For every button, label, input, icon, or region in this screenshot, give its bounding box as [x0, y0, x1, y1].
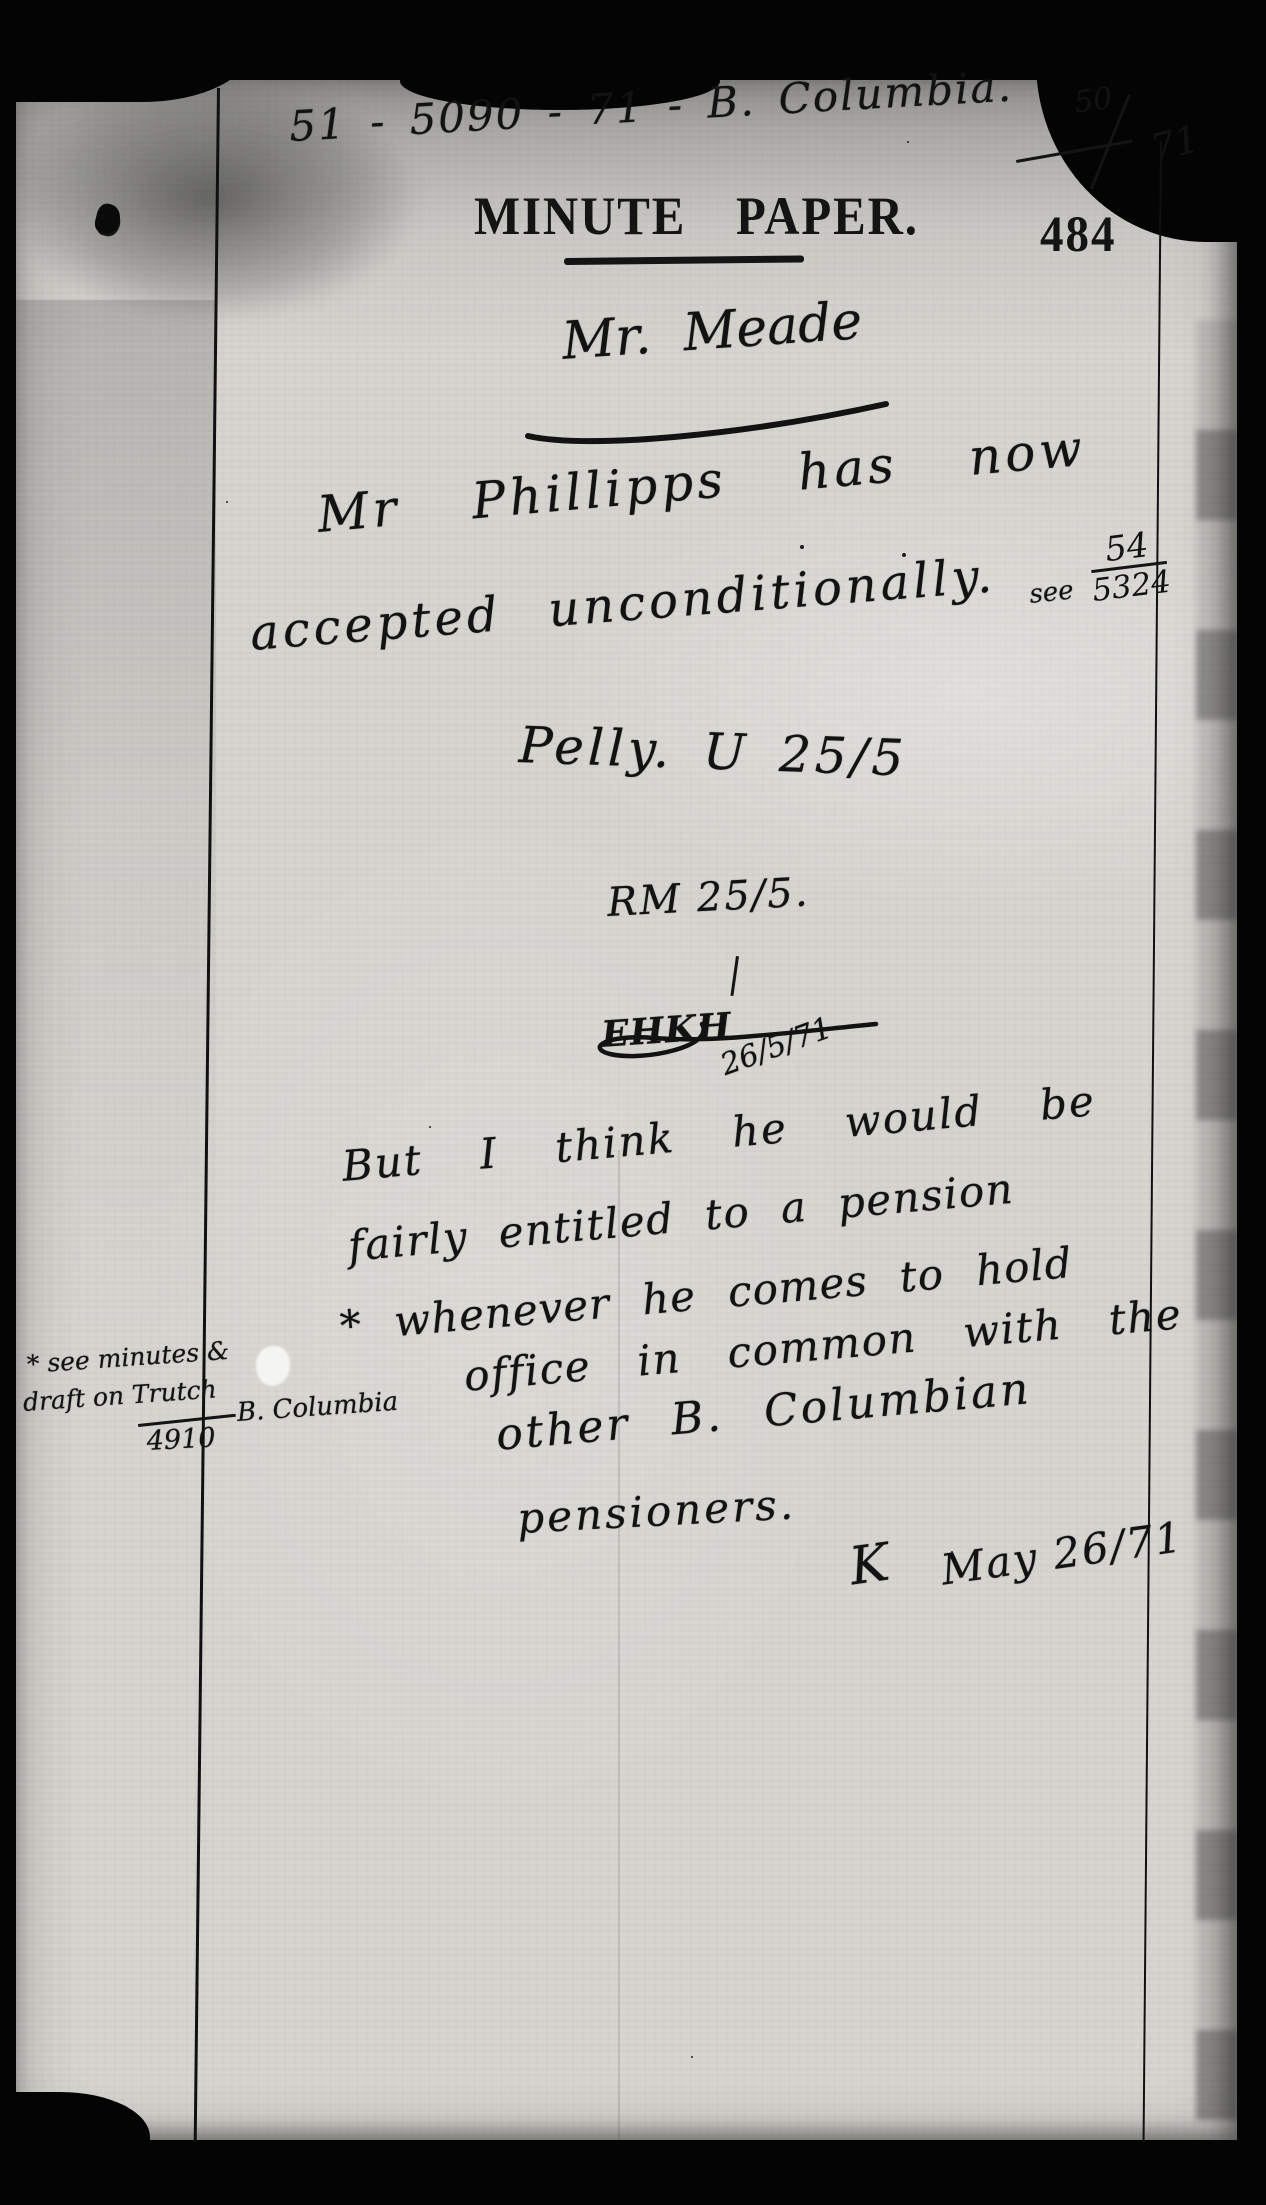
scan-border-right	[1237, 0, 1266, 2205]
corner-number-numerator: 50	[1072, 81, 1115, 121]
reference-label: see	[1028, 575, 1075, 609]
reference-fraction: 54 5324	[1082, 526, 1176, 609]
scan-border-bottom	[0, 2140, 1266, 2205]
folio-stamp: 484	[1040, 206, 1116, 264]
scan-border-left	[0, 0, 16, 2205]
top-left-corner	[0, 0, 252, 102]
secretary-signature: K	[846, 1533, 893, 1598]
paper-speckles	[800, 545, 804, 549]
margin-note-line-3: 4910	[146, 1422, 216, 1457]
page-title: MINUTE PAPER.	[474, 186, 919, 247]
document-scan: 51 - 5090 - 71 - B. Columbia. 50 71 MINU…	[0, 0, 1266, 2205]
